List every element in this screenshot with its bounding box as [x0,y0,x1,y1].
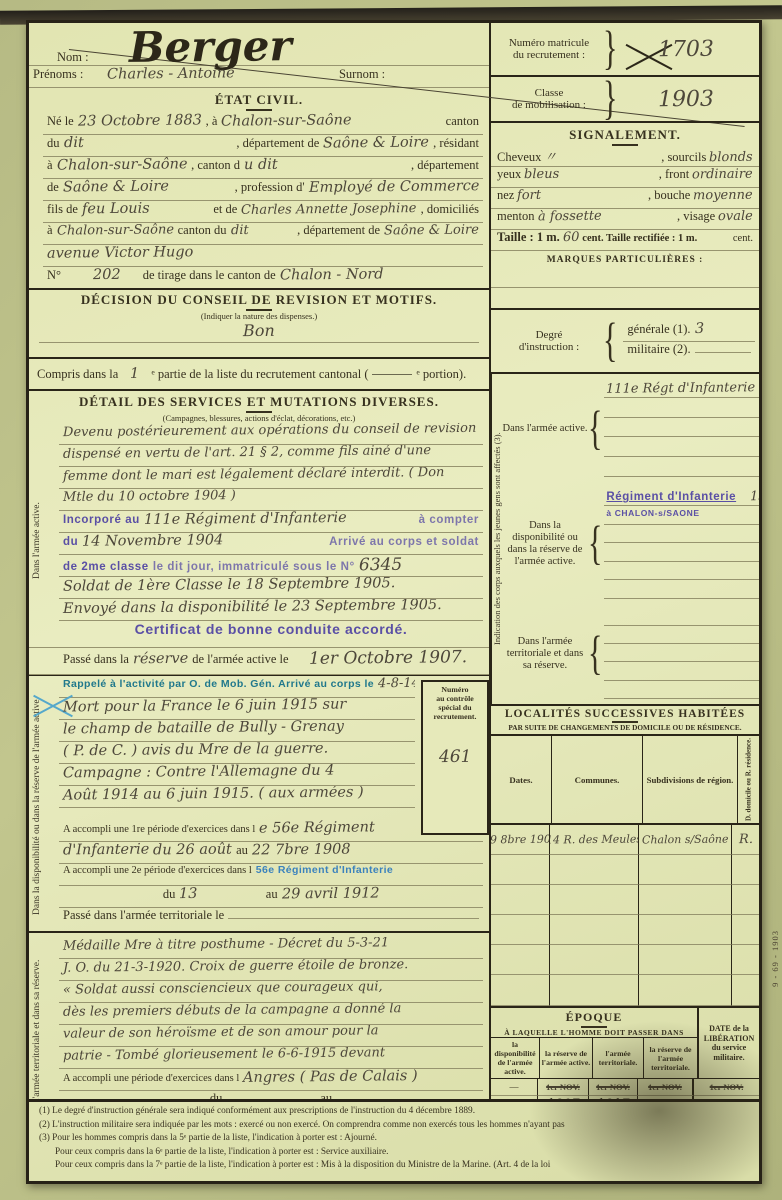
label: de [47,180,59,195]
menton-label: menton [497,209,535,224]
instruction-label: Degré d'instruction : [495,329,603,353]
subdivision-value: Chalon s/Saône [642,833,729,847]
cell [491,885,550,915]
residence-value: Chalon-sur-Saône [56,157,187,174]
value: Saône & Loire [63,179,169,196]
label: de l'armée active le [192,652,288,667]
classe-number: 1903 [658,86,714,112]
decision-value-line: Bon [39,321,479,343]
label: et de [213,202,237,217]
blank [695,352,751,353]
regiment-armee-active: 111e Régt d'Infanterie [606,380,755,397]
medaille-note: J. O. du 21-3-1920. Croix de guerre étoi… [63,959,408,976]
soldat-1re-classe-line: Soldat de 1ère Classe le 18 Septembre 19… [59,577,483,599]
record-page: Nom : Berger Prénoms : Charles - Antoine… [26,20,762,1184]
domicile-line: à Chalon-sur-Saône canton du dit , dépar… [43,223,483,245]
label: , canton d [191,158,240,173]
epoque-header: ÉPOQUE À LAQUELLE L'HOMME DOIT PASSER DA… [491,1008,759,1079]
dates-header: Dates. [491,736,552,823]
prenoms-label: Prénoms : [33,67,83,82]
certificat-line: Certificat de bonne conduite accordé. [59,621,483,645]
medaille-line: J. O. du 21-3-1920. Croix de guerre étoi… [59,959,483,981]
footnote-3: (3) Pour les hommes compris dans la 5ᵉ p… [39,1132,751,1146]
father-value: feu Louis [82,201,150,217]
birth-date-value: 23 Octobre 1883 [78,113,202,130]
detail-subtitle: (Campagnes, blessures, actions d'éclat, … [29,413,489,423]
cell [732,855,759,885]
territoriale-line: Passé dans l'armée territoriale le [59,908,483,929]
domicile-value: Chalon-sur-Saône [56,223,173,239]
residence-line: à Chalon-sur-Saône , canton d u dit , dé… [43,157,483,179]
cell [491,855,550,885]
epoque-subtitle: À LAQUELLE L'HOMME DOIT PASSER DANS [491,1028,697,1037]
printer-mark: 9 - 69 - 1903 [770,930,780,987]
corps-line [604,420,759,437]
subdivision-cell: Chalon s/Saône [639,825,732,855]
date-liberation-header: DATE de la LIBÉRATION du service militai… [699,1008,759,1078]
periode1-regiment: e 56e Régiment [259,820,375,837]
certificat-stamp: Certificat de bonne conduite accordé. [135,621,408,637]
hw-text-line: Mtle du 10 octobre 1904 ) [59,489,483,511]
corps-line [604,682,759,699]
label: à [47,223,53,238]
cell-struck: 1er NOV. [638,1079,694,1096]
label: du [47,136,60,151]
label: , département [411,158,479,173]
instruction-militaire-line: militaire (2). [623,342,755,362]
corps-line [604,582,759,599]
label: , profession d' [235,180,305,195]
a-compter-stamp: à compter [419,514,479,526]
localites-title: LOCALITÉS SUCCESSIVES HABITÉES [491,708,759,723]
regiment-blue-stamp: 56e Régiment d'Infanterie [256,864,393,876]
departement-value: Saône & Loire [323,135,429,152]
degre-label-line1: Degré [495,329,603,341]
signalement-row: nez fort , bouche moyenne [491,188,759,209]
territoriale-block: Dans l'armée territoriale et dans sa rés… [29,931,489,1099]
campagne-note: Août 1914 au 6 juin 1915. ( aux armées ) [63,786,364,804]
mort-pour-la-france-note: le champ de bataille de Bully - Grenay [63,720,344,737]
taille-row: Taille : 1 m. 60 cent. Taille rectifiée … [491,230,759,251]
street-line: avenue Victor Hugo [43,245,483,267]
col-disponibilite: la disponibilité de l'armée active. [491,1038,540,1078]
localites-row-empty [491,885,759,915]
profession-value: Employé de Commerce [309,179,480,196]
compris-section: Compris dans la 1 ᵉ partie de la liste d… [29,359,489,391]
lines-area [602,604,759,704]
controle-special-box: Numéro au contrôle spécial du recrutemen… [421,680,489,835]
matricule-label: Numéro matricule du recrutement : [495,37,603,61]
periode1-from: du 26 août [153,842,232,858]
canton-line: du dit , département de Saône & Loire , … [43,135,483,157]
cell: — [491,1079,538,1096]
localites-row-empty [491,945,759,975]
bouche-value: moyenne [693,188,753,204]
canton-value: Chalon - Nord [280,267,384,284]
citation-line: patrie - Tombé glorieusement le 6-6-1915… [59,1047,483,1069]
cell [550,885,639,915]
label: , à [206,114,218,129]
label: canton du [178,223,227,238]
etat-civil-title: ÉTAT CIVIL. [29,92,489,111]
controle-label: recrutement. [434,712,477,721]
corps-line: Régiment d'Infanterie 15597 [604,489,759,506]
epoque-section: ÉPOQUE À LAQUELLE L'HOMME DOIT PASSER DA… [491,1008,759,1099]
label: au [320,1091,332,1099]
corps-line [604,545,759,562]
corps-line [604,460,759,477]
nez-value: fort [517,188,541,203]
arrive-corps-stamp: Arrivé au corps et soldat [329,536,479,548]
label: de tirage dans le canton de [143,268,276,283]
cell [639,915,732,945]
empty-rule [59,810,483,820]
detail-services-section: Dans l'armée active. DÉTAIL DES SERVICES… [29,391,489,647]
periode2-line2: du 13 au 29 avril 1912 [59,886,483,908]
controle-label: spécial du [438,703,471,712]
brace: } [603,75,617,123]
localites-row-empty [491,975,759,1006]
campagne-note: Campagne : Contre l'Allemagne du 4 [63,764,335,781]
controle-label: au contrôle [436,694,473,703]
label: , résidant [433,136,479,151]
cell-struck: 1er NOV. [589,1079,638,1096]
cell [639,855,732,885]
matricule-label-line1: Numéro matricule [495,37,603,49]
col-reserve-territoriale: la réserve de l'armée territoriale. [644,1038,697,1078]
front-label: , front [659,167,690,182]
regiment-value: 111e Régiment d'Infanterie [144,511,347,528]
taille-label: Taille : 1 m. [497,230,560,245]
localites-row-empty [491,855,759,885]
disponibilite-label: Dans la disponibilité ou dans la réserve… [502,520,588,568]
taille-value: 60 [563,230,580,245]
epoque-title: ÉPOQUE [491,1010,697,1028]
hw-text-line: Devenu postérieurement aux opérations du… [59,423,483,445]
corps-line [604,526,759,543]
cell [550,855,639,885]
passe-reserve-line: Passé dans la réserve de l'armée active … [29,647,489,675]
periode2-line: A accompli une 2e période d'exercices da… [59,864,483,886]
corps-line [604,401,759,418]
incorporation-line-1: Incorporé au 111e Régiment d'Infanterie … [59,511,483,533]
decision-section: DÉCISION DU CONSEIL DE REVISION ET MOTIF… [29,288,489,359]
du-stamp: du [63,536,78,548]
citation-note: valeur de son héroïsme et de son amour p… [63,1025,379,1042]
label: ᵉ portion). [416,367,466,382]
label: fils de [47,202,78,217]
matricule-number: 1703 [658,36,714,62]
classe-label-line1: Classe [495,87,603,99]
yeux-label: yeux [497,167,521,182]
label: Né le [47,114,74,129]
mother-value: Charles Annette Josephine [241,201,417,218]
decision-title: DÉCISION DU CONSEIL DE REVISION ET MOTIF… [29,292,489,311]
matricule-value-area: 1703 [617,37,755,62]
birth-place-value: Chalon-sur-Saône [221,113,352,130]
front-value: ordinaire [692,167,753,183]
rappel-date: 4-8-14 [378,676,415,691]
generale-value: 3 [694,321,703,337]
matricule-label-line2: du recrutement : [495,49,603,61]
sourcils-label: , sourcils [661,150,706,165]
mort-line: Mort pour la France le 6 juin 1915 sur [59,698,415,720]
value: u dit [244,157,278,173]
mort-line: le champ de bataille de Bully - Grenay [59,720,415,742]
lines-area: 111e Régt d'Infanterie [602,374,759,484]
cell [732,885,759,915]
col-territoriale: l'armée territoriale. [593,1038,644,1078]
classe-value-area: 1903 [617,87,755,112]
scanned-military-record: Nom : Berger Prénoms : Charles - Antoine… [0,0,782,1200]
footnote-1: (1) Le degré d'instruction générale sera… [39,1105,751,1119]
visage-value: ovale [718,209,753,224]
corps-affectes-section: Indication des corps auxquels les jeunes… [491,374,759,706]
label: A accompli une période d'exercices dans … [63,1073,239,1084]
domicile-residence-header: D. domicile ou R. résidence. [738,736,759,823]
label: au [266,887,278,902]
lines-area: Régiment d'Infanterie 15597 à CHALON-s/S… [602,484,759,604]
dr-value: R. [738,832,752,847]
corps-line: à CHALON-s/SAONE [604,508,759,525]
vertical-label-disponibilite: Dans la disponibilité ou dans la réserve… [32,686,56,926]
citation-note: dès les premiers débuts de la campagne a… [63,1003,401,1020]
medaille-note: Médaille Mre à titre posthume - Décret d… [63,937,389,954]
label: A accompli une 1re période d'exercices d… [63,824,255,835]
empty-rule [491,267,759,288]
brace: { [588,520,602,568]
territoriale-label: Dans l'armée territoriale et dans sa rés… [502,636,588,672]
decision-value: Bon [243,321,275,340]
value: dit [230,223,248,238]
epoque-column-headers: la disponibilité de l'armée active. la r… [491,1037,697,1078]
periode1-line2: d'Infanterie du 26 août au 22 7bre 1908 [59,842,483,864]
cell [550,975,639,1006]
matricule-row: Numéro matricule du recrutement : } 1703 [491,23,759,77]
lieu-stamp: à CHALON-s/SAONE [606,508,699,518]
citation-line: dès les premiers débuts de la campagne a… [59,1003,483,1025]
label: au [236,843,248,858]
campagne-line: Campagne : Contre l'Allemagne du 4 [59,764,415,786]
parents-line: fils de feu Louis et de Charles Annette … [43,201,483,223]
cell [732,915,759,945]
lieu-value: Angres ( Pas de Calais ) [243,1069,418,1086]
rappel-line: Rappelé à l'activité par O. de Mob. Gén.… [59,676,415,698]
vertical-label-armee-active: Dans l'armée active. [32,451,56,631]
empty-rule [491,288,759,308]
disponibilite-note: Envoyé dans la disponibilité le 23 Septe… [63,599,442,617]
degre-label-line2: d'instruction : [495,341,603,353]
label: à [47,158,53,173]
subdivisions-header: Subdivisions de région. [643,736,738,823]
bouche-label: , bouche [648,188,690,203]
commune-value: 14 R. des Meules [550,833,639,847]
label: Passé dans l'armée territoriale le [63,908,224,923]
service-note: Devenu postérieurement aux opérations du… [63,423,476,440]
label: canton [446,114,479,129]
value: dit [63,135,83,151]
localites-subtitle: PAR SUITE DE CHANGEMENTS DE DOMICILE OU … [491,723,759,732]
sourcils-value: blonds [709,150,753,165]
incorporation-line-3: de 2me classe le dit jour, immatriculé s… [59,555,483,577]
periode-territoriale-line: A accompli une période d'exercices dans … [59,1069,483,1091]
du-au-line: du au [59,1091,483,1099]
footnote-5: Pour ceux compris dans la 7ᵉ partie de l… [39,1159,751,1173]
label: Passé dans la [63,652,129,667]
periode1-line: A accompli une 1re période d'exercices d… [59,820,483,842]
col-reserve-active: la réserve de l'armée active. [540,1038,593,1078]
nom-label: Nom : [57,50,89,65]
label: du [163,887,176,902]
date-cell: 19 8bre 1907 [491,825,550,855]
matricule-corps-number: 6345 [359,555,402,575]
periode1-to: 22 7bre 1908 [252,842,351,859]
rappel-stamp: Rappelé à l'activité par O. de Mob. Gén.… [63,678,374,690]
citation-note: patrie - Tombé glorieusement le 6-6-1915… [63,1047,385,1064]
cell [550,915,639,945]
epoque-row-1: — 1er NOV. 1er NOV. 1er NOV. 1er NOV. [491,1079,759,1096]
communes-header: Communes. [552,736,643,823]
periode1-regiment: d'Infanterie [63,842,149,858]
service-note: dispensé en vertu de l'art. 21 § 2, comm… [63,445,431,462]
cell [639,885,732,915]
cent-label: cent. [733,233,753,244]
classe-stamp: de 2me classe [63,561,149,573]
mort-line: ( P. de C. ) avis du Mre de la guerre. [59,742,415,764]
controle-label: Numéro [441,685,468,694]
corps-line: 111e Régt d'Infanterie [604,381,759,398]
corps-line [604,645,759,662]
detail-title: DÉTAIL DES SERVICES ET MUTATIONS DIVERSE… [29,394,489,413]
disponibilite-line: Envoyé dans la disponibilité le 23 Septe… [59,599,483,621]
label: ᵉ partie de la liste du recrutement cant… [151,367,368,382]
hw-text-line: femme dont le mari est légalement déclar… [59,467,483,489]
commune-cell: 14 R. des Meules [550,825,639,855]
footnote-2: (2) L'instruction militaire sera indiqué… [39,1119,751,1133]
label: du [210,1091,223,1099]
brace: { [588,630,602,678]
corps-line [604,609,759,626]
cell [491,915,550,945]
corps-disponibilite-group: Dans la disponibilité ou dans la réserve… [502,484,759,604]
liste-partie-value: 1 [130,366,139,382]
vertical-label-indication-corps: Indication des corps auxquels les jeunes… [491,374,502,704]
signalement-row: Cheveux 〃 , sourcils blonds [491,146,759,167]
compris-line: Compris dans la 1 ᵉ partie de la liste d… [29,359,489,389]
blank [228,918,479,919]
cell-struck: 1er NOV. [538,1079,589,1096]
citation-note: « Soldat aussi consciencieux que courage… [63,981,383,998]
militaire-label: militaire (2). [627,342,690,357]
etat-civil-section: ÉTAT CIVIL. Né le 23 Octobre 1883 , à Ch… [29,88,489,288]
reserve-block: Dans la disponibilité ou dans la réserve… [29,675,489,931]
cell [550,945,639,975]
generale-label: générale (1). [627,322,690,337]
brace: } [603,25,617,73]
prenoms-value: Charles - Antoine [107,66,235,83]
brace: { [588,405,602,453]
empty-rule [29,343,489,357]
corps-main: Dans l'armée active. { 111e Régt d'Infan… [502,374,759,704]
vertical-label-territoriale: Dans l'armée territoriale et dans sa rés… [32,941,56,1099]
signalement-section: SIGNALEMENT. Cheveux 〃 , sourcils blonds… [491,123,759,310]
label: , département de [297,223,380,238]
incorporation-date: 14 Novembre 1904 [82,533,223,550]
left-column: Nom : Berger Prénoms : Charles - Antoine… [29,23,491,1099]
name-row: Nom : Berger [29,23,489,66]
page-columns: Nom : Berger Prénoms : Charles - Antoine… [29,23,759,1099]
cell [639,945,732,975]
blank [372,374,412,375]
hw-text-line: dispensé en vertu de l'art. 21 § 2, comm… [59,445,483,467]
periode2-from: 13 [179,886,198,902]
corps-line [604,563,759,580]
localites-section: LOCALITÉS SUCCESSIVES HABITÉES PAR SUITE… [491,706,759,1008]
corps-line [604,440,759,457]
epoque-title-area: ÉPOQUE À LAQUELLE L'HOMME DOIT PASSER DA… [491,1008,699,1078]
cell [732,975,759,1006]
tirage-number: 202 [93,267,121,283]
citation-line: « Soldat aussi consciencieux que courage… [59,981,483,1003]
signalement-row: menton à fossette , visage ovale [491,209,759,230]
visage-label: , visage [677,209,715,224]
corps-armee-active-group: Dans l'armée active. { 111e Régt d'Infan… [502,374,759,484]
birth-line: Né le 23 Octobre 1883 , à Chalon-sur-Saô… [43,113,483,135]
regiment-stamp: Régiment d'Infanterie [606,491,736,503]
mort-pour-la-france-note: Mort pour la France le 6 juin 1915 sur [63,698,346,715]
numero-label: N° [47,268,61,283]
classe-label-line2: de mobilisation : [495,99,603,111]
corps-territoriale-group: Dans l'armée territoriale et dans sa rés… [502,604,759,704]
menton-value: à fossette [537,209,601,225]
corps-line [604,627,759,644]
classe-row: Classe de mobilisation : } 1903 [491,77,759,123]
cell [491,945,550,975]
label: Compris dans la [37,367,118,382]
citation-line: valeur de son héroïsme et de son amour p… [59,1025,483,1047]
incorpore-stamp: Incorporé au [63,514,140,526]
localites-column-headers: Dates. Communes. Subdivisions de région.… [491,736,759,825]
tirage-line: N° 202 de tirage dans le canton de Chalo… [43,267,483,288]
marques-title: MARQUES PARTICULIÈRES : [491,255,759,265]
signalement-title: SIGNALEMENT. [491,127,759,146]
localites-header: LOCALITÉS SUCCESSIVES HABITÉES PAR SUITE… [491,706,759,736]
signalement-row: yeux bleus , front ordinaire [491,167,759,188]
service-note: femme dont le mari est légalement déclar… [63,467,445,484]
decision-subtitle: (Indiquer la nature des dispenses.) [29,311,489,321]
cell-struck: 1er NOV. [694,1079,759,1096]
cheveux-label: Cheveux [497,150,541,165]
cell [491,975,550,1006]
repertoire-number: 15597 [750,489,759,504]
localites-row-1: 19 8bre 1907 14 R. des Meules Chalon s/S… [491,825,759,855]
date-value: 19 8bre 1907 [491,833,550,847]
classe-label: Classe de mobilisation : [495,87,603,111]
footnote-4: Pour ceux compris dans la 6ᵉ partie de l… [39,1146,751,1160]
surnom-label: Surnom : [339,67,385,82]
nom-value-handwritten: Berger [128,28,291,66]
promotion-note: Soldat de 1ère Classe le 18 Septembre 19… [63,577,395,595]
nez-label: nez [497,188,514,203]
reserve-value: réserve [133,651,188,668]
immatricule-stamp: le dit jour, immatriculé sous le N° [153,561,355,573]
yeux-value: bleus [524,167,559,182]
incorporation-line-2: du 14 Novembre 1904 Arrivé au corps et s… [59,533,483,555]
profession-line: de Saône & Loire , profession d' Employé… [43,179,483,201]
armee-active-label: Dans l'armée active. [502,423,588,435]
cell [732,945,759,975]
label: A accompli une 2e période d'exercices da… [63,865,252,876]
